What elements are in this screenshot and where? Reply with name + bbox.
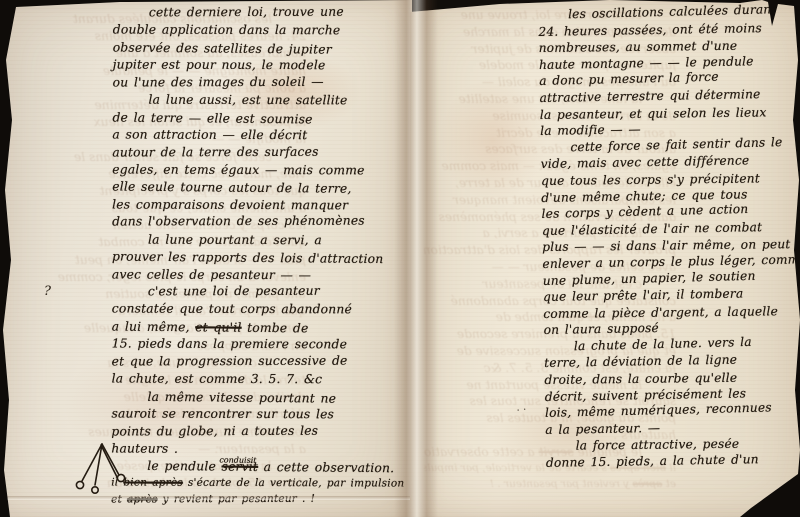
pendulum-sketch: [74, 436, 128, 502]
manuscript-line: 15. pieds dans la premiere seconde: [112, 337, 410, 355]
manuscript-line: c'est une loi de pesanteur: [112, 283, 410, 301]
manuscript-line: ou l'une des images du soleil —: [113, 74, 411, 92]
manuscript-line: hauteurs .: [111, 441, 409, 459]
manuscript-line: egales, en tems égaux — mais comme: [112, 162, 410, 180]
manuscript-line: la lune aussi, est une satellite: [113, 93, 411, 111]
manuscript-line: a son attraction — elle décrit: [112, 128, 410, 146]
manuscript-right-page: cette derniere loi, trouve unedouble app…: [410, 0, 800, 517]
manuscript-line: constatée que tout corps abandonné: [112, 302, 410, 320]
manuscript-line: points du globe, ni a toutes les: [111, 423, 409, 441]
inserted-word: conduisit: [219, 456, 256, 465]
manuscript-line: double application dans la marche: [113, 23, 411, 41]
photo-backdrop: les oscillations calculées durant24. heu…: [0, 0, 800, 517]
manuscript-line: dans l'observation de ses phénomènes: [112, 214, 410, 232]
manuscript-line: cette derniere loi, trouve une: [113, 4, 411, 22]
manuscript-line: et après y revient par pesanteur . !: [424, 478, 676, 495]
margin-dots: ..: [515, 399, 530, 414]
left-page-text-column: cette derniere loi, trouve unedouble app…: [111, 5, 411, 512]
manuscript-line: donne 15. pieds, a la chute d'un: [546, 451, 800, 472]
manuscript-line: autour de la terre des surfaces: [112, 144, 410, 162]
manuscript-line: la chute, est comme 3. 5. 7. &c: [112, 372, 410, 390]
manuscript-line: jupiter est pour nous, le modele: [113, 58, 411, 76]
manuscript-line: et que la progression successive de: [112, 353, 410, 371]
right-page-text-column: les oscillations calculées durant24. heu…: [538, 3, 800, 472]
manuscript-line: attractive terrestre qui détermine: [539, 86, 799, 107]
manuscript-line: la lune pourtant a servi, a: [112, 232, 410, 250]
manuscript-line: et après y revient par pesanteur . !: [111, 493, 409, 511]
manuscript-line: sauroit se rencontrer sur tous les: [111, 407, 409, 425]
margin-question-mark: ?: [44, 284, 51, 299]
manuscript-left-page: les oscillations calculées durant24. heu…: [0, 0, 412, 517]
